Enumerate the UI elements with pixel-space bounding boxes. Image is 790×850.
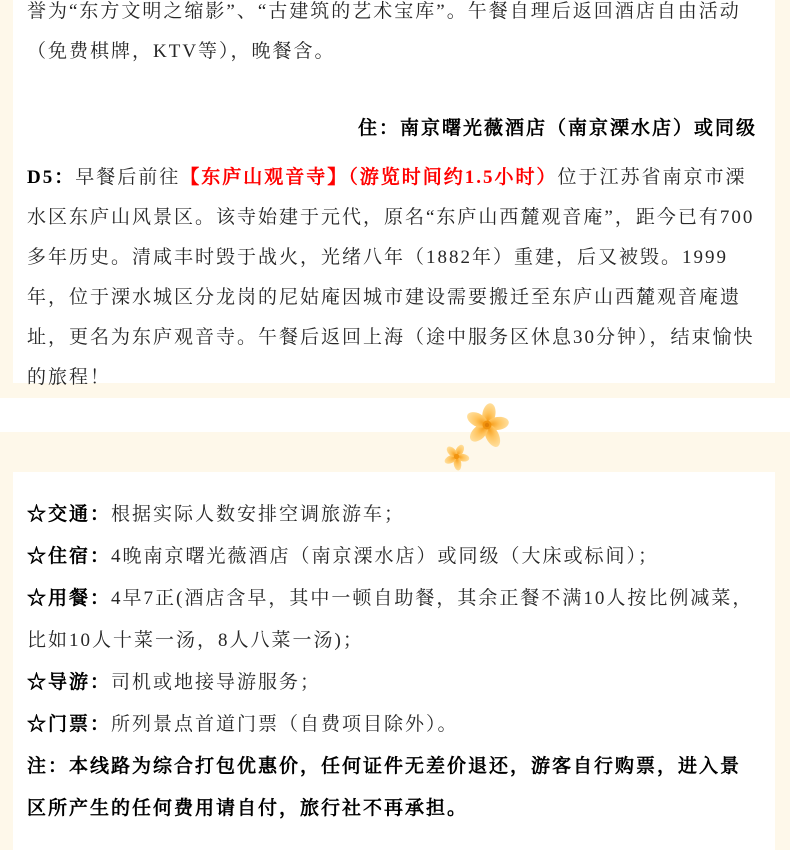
inclusion-text: 所列景点首道门票（自费项目除外）。 [111,714,459,735]
paragraph-day4-end: 誉为“东方文明之缩影”、“古建筑的艺术宝库”。午餐自理后返回酒店自由活动（免费棋… [27,0,757,72]
inclusion-label: ☆门票： [27,714,111,735]
day5-highlight-text: 【东庐山观音寺】（游览时间约1.5小时） [180,167,557,188]
inclusion-item-transport: ☆交通：根据实际人数安排空调旅游车； [27,494,757,536]
inclusion-text: 根据实际人数安排空调旅游车； [111,504,405,525]
inclusions-section: ☆交通：根据实际人数安排空调旅游车； ☆住宿：4晚南京曙光薇酒店（南京溧水店）或… [13,472,775,850]
inclusion-item-guide: ☆导游：司机或地接导游服务； [27,662,757,704]
inclusion-text: 4早7正(酒店含早，其中一顿自助餐，其余正餐不满10人按比例减菜，比如10人十菜… [27,588,753,651]
day5-lead-text: 早餐后前往 [75,167,180,188]
note-text: 本线路为综合打包优惠价，任何证件无差价退还，游客自行购票，进入景区所产生的任何费… [27,756,741,819]
inclusion-text: 司机或地接导游服务； [111,672,321,693]
section-divider [0,398,790,432]
paragraph-day5: D5：早餐后前往【东庐山观音寺】（游览时间约1.5小时）位于江苏省南京市溧水区东… [27,158,757,398]
inclusion-label: ☆住宿： [27,546,111,567]
flower-icon [465,402,509,448]
day5-label: D5： [27,167,75,188]
travel-itinerary-page: 誉为“东方文明之缩影”、“古建筑的艺术宝库”。午餐自理后返回酒店自由活动（免费棋… [0,0,790,850]
note-paragraph: 注：本线路为综合打包优惠价，任何证件无差价退还，游客自行购票，进入景区所产生的任… [27,746,757,830]
inclusion-text: 4晚南京曙光薇酒店（南京溧水店）或同级（大床或标间）； [111,546,659,567]
inclusion-label: ☆导游： [27,672,111,693]
inclusion-item-tickets: ☆门票：所列景点首道门票（自费项目除外）。 [27,704,757,746]
inclusion-item-meals: ☆用餐：4早7正(酒店含早，其中一顿自助餐，其余正餐不满10人按比例减菜，比如1… [27,578,757,662]
inclusion-label: ☆用餐： [27,588,111,609]
inclusion-item-lodging: ☆住宿：4晚南京曙光薇酒店（南京溧水店）或同级（大床或标间）； [27,536,757,578]
hotel-line: 住：南京曙光薇酒店（南京溧水店）或同级 [27,109,757,149]
note-label: 注： [27,756,69,777]
itinerary-section: 誉为“东方文明之缩影”、“古建筑的艺术宝库”。午餐自理后返回酒店自由活动（免费棋… [13,0,775,383]
inclusion-label: ☆交通： [27,504,111,525]
day5-body-text: 位于江苏省南京市溧水区东庐山风景区。该寺始建于元代，原名“东庐山西麓观音庵”，距… [27,167,755,388]
